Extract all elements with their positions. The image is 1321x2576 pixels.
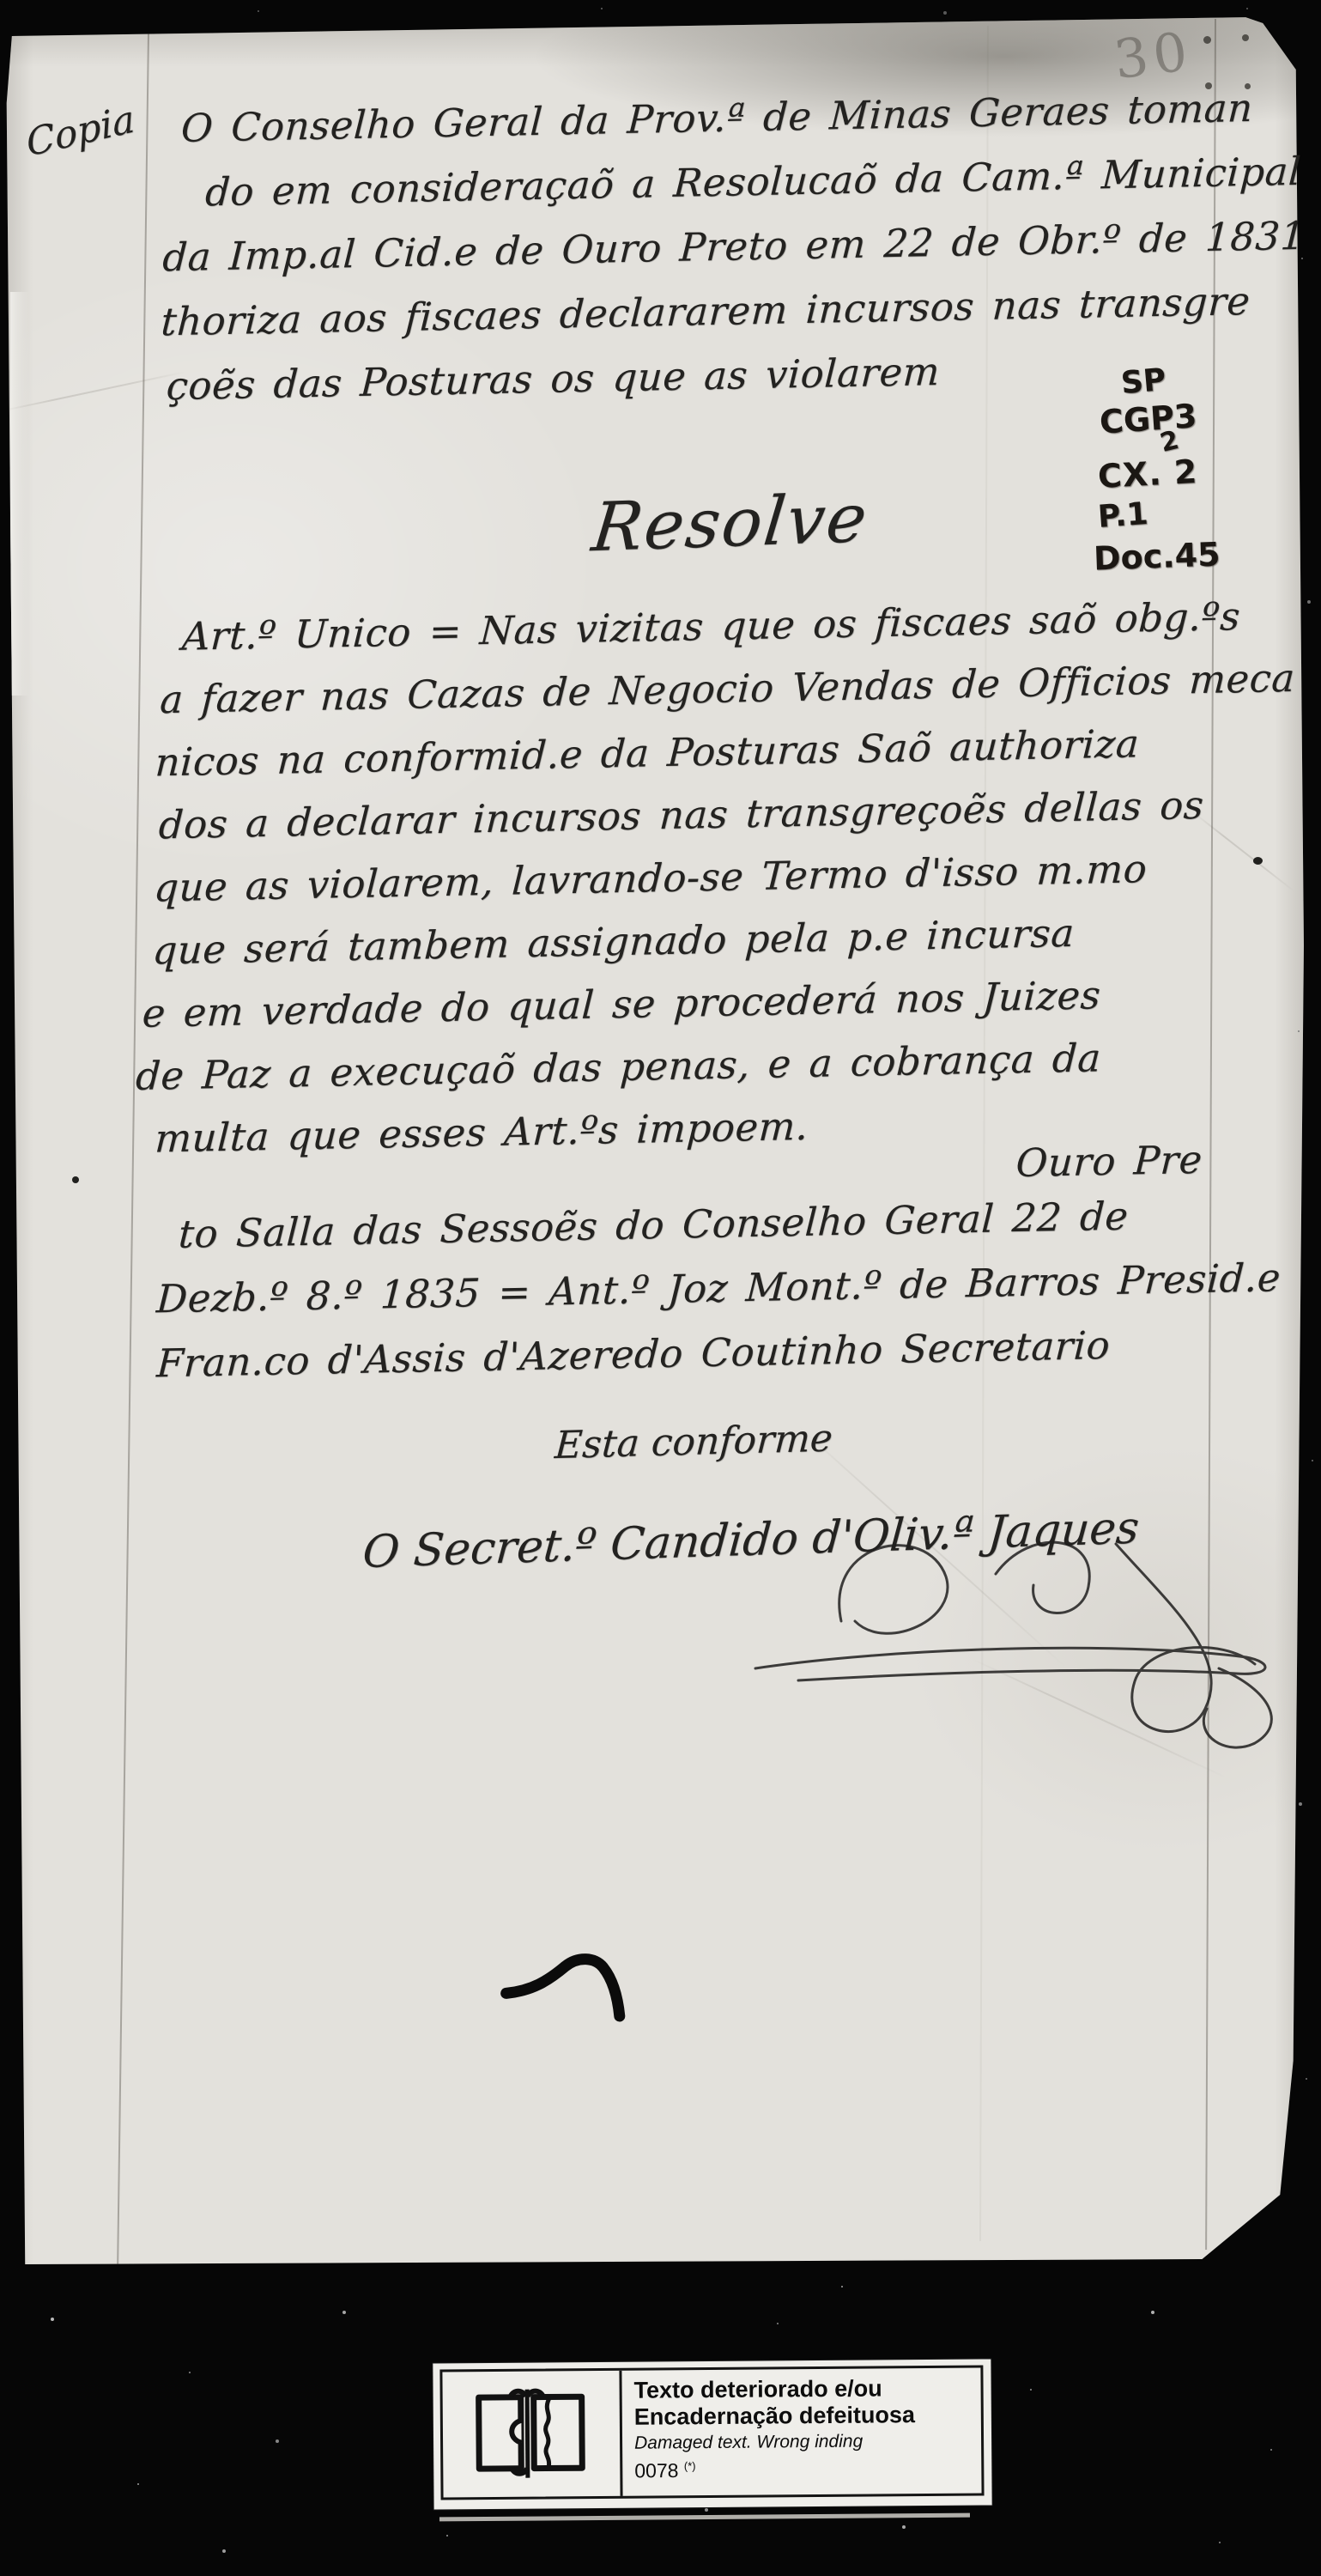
damaged-book-icon: [466, 2385, 597, 2482]
damage-label-line-pt2: Encadernação defeituosa: [634, 2402, 971, 2431]
damage-label-number: 0078 (*): [634, 2452, 971, 2483]
archival-reference-line: CGP3: [1099, 397, 1198, 441]
damage-label-icon-cell: [442, 2371, 622, 2498]
manuscript-closing-paragraph: to Salla das Sessoẽs do Conselho Geral 2…: [161, 1181, 1286, 1395]
damage-label-number-value: 0078: [634, 2459, 678, 2482]
manuscript-article-paragraph: Art.º Unico = Nas vizitas que os fiscaes…: [143, 584, 1300, 1170]
damage-label-text: Texto deteriorado e/ou Encadernação defe…: [621, 2368, 981, 2496]
label-bottom-edge: [439, 2513, 970, 2522]
paper-fold-highlight: [10, 292, 29, 696]
damage-label-frame: Texto deteriorado e/ou Encadernação defe…: [439, 2366, 984, 2500]
damage-label: Texto deteriorado e/ou Encadernação defe…: [433, 2359, 991, 2509]
ink-squiggle-mark: [479, 1935, 663, 2036]
smudge-dot: [1203, 36, 1211, 44]
scanned-archive-page: { "colors": { "background": "#060606", "…: [0, 0, 1321, 2576]
scanner-dust: [0, 0, 2, 2]
archival-reference-line: CX. 2: [1097, 453, 1198, 495]
archival-reference-line: SP: [1119, 362, 1167, 401]
smudge-dot: [1242, 34, 1249, 41]
signature-flourish: [515, 1492, 1321, 1767]
ink-dot: [72, 1176, 79, 1183]
damage-label-line-pt1: Texto deteriorado e/ou: [633, 2375, 970, 2404]
archival-reference-line: P.1: [1097, 496, 1149, 535]
attestation-note: Esta conforme: [554, 1417, 834, 1468]
damage-label-line-en: Damaged text. Wrong inding: [634, 2430, 971, 2455]
manuscript-line-ouro-pre: Ouro Pre: [1015, 1137, 1203, 1186]
damage-label-number-note: (*): [684, 2459, 696, 2472]
resolve-heading: Resolve: [589, 480, 872, 568]
archival-reference-line: Doc.45: [1093, 535, 1221, 577]
